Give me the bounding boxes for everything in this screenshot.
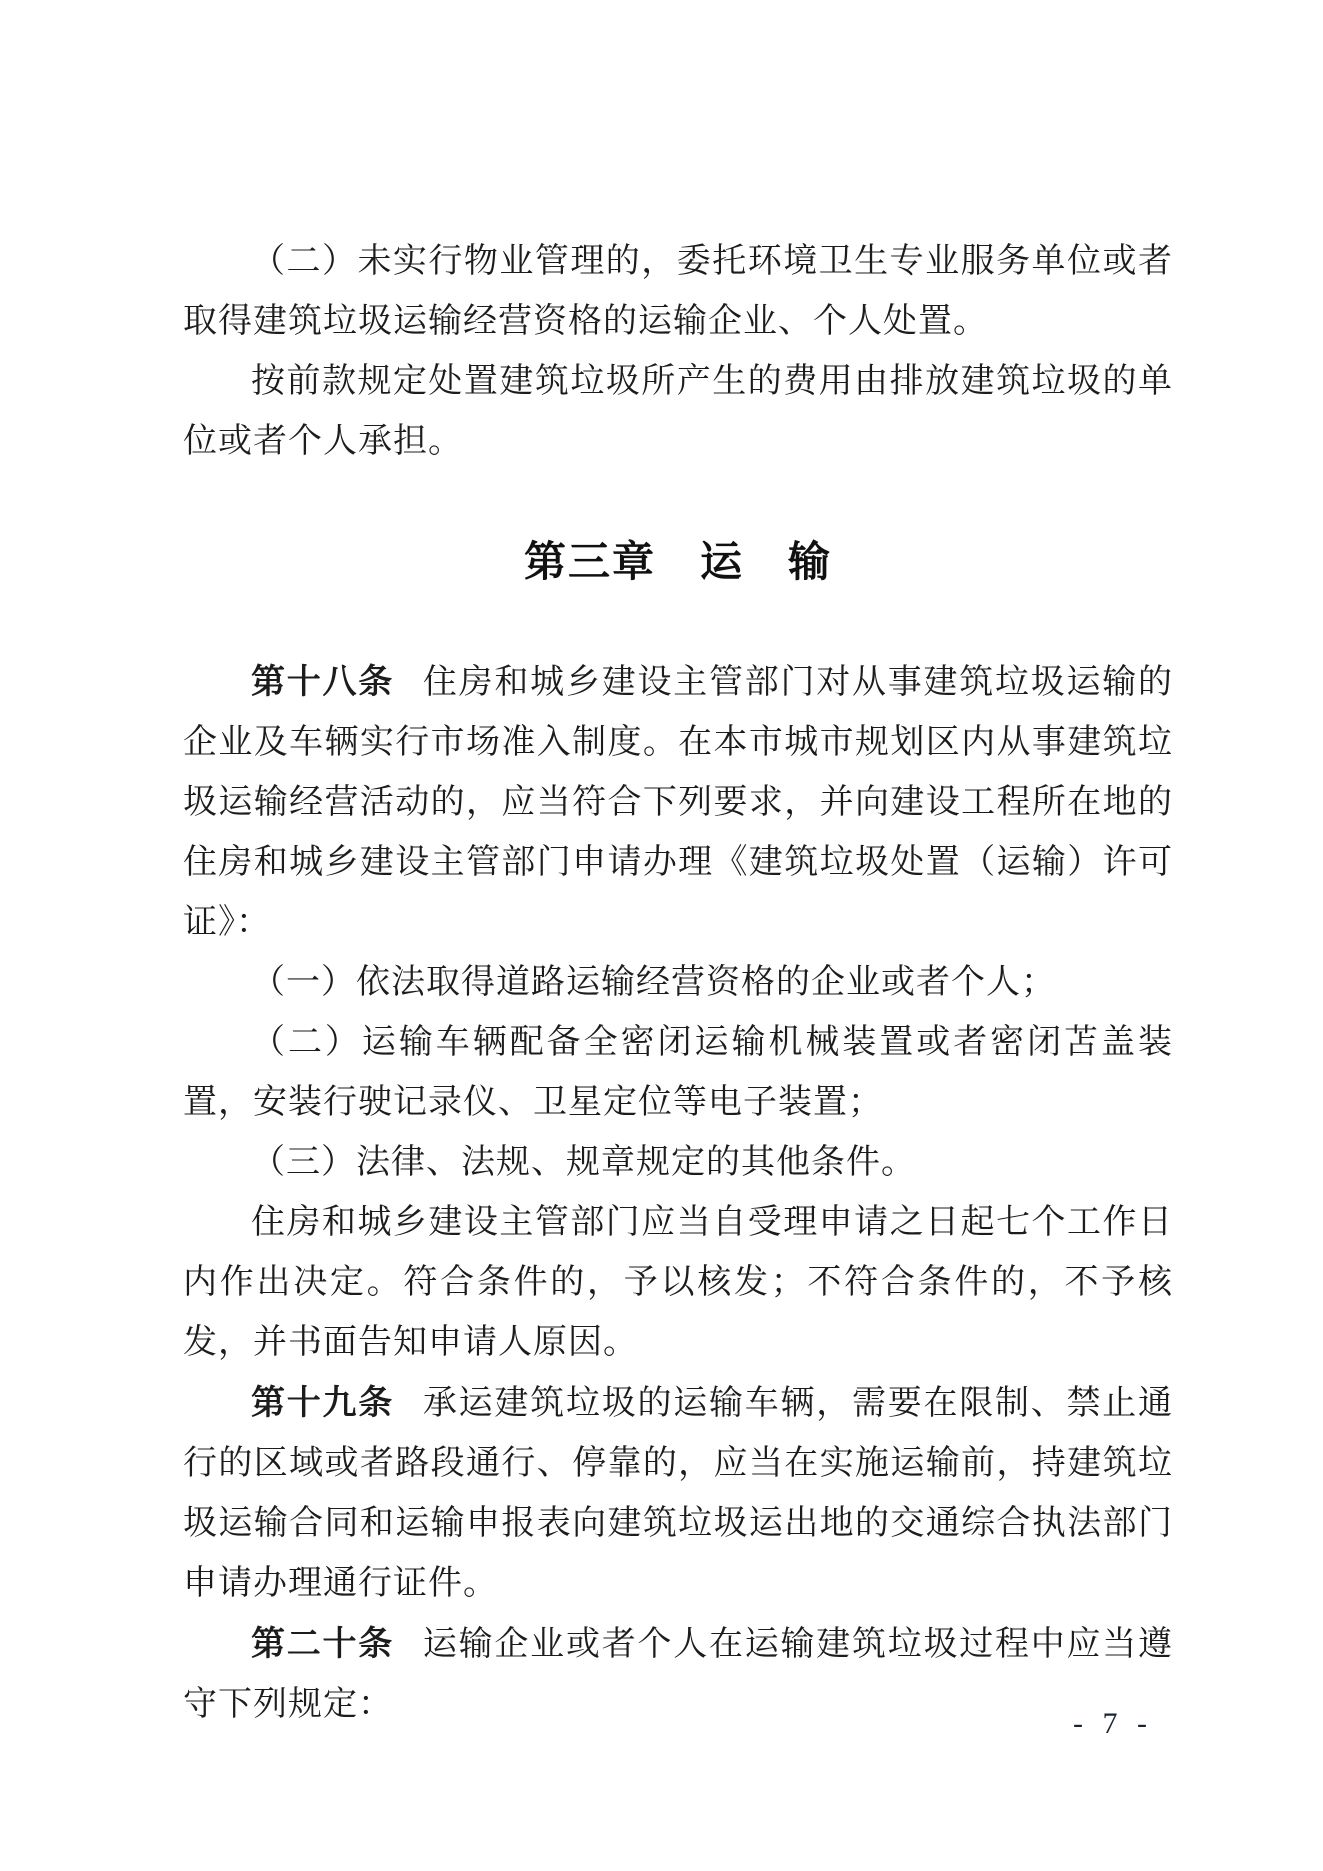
paragraph-fee-responsibility: 按前款规定处置建筑垃圾所产生的费用由排放建筑垃圾的单位或者个人承担。 xyxy=(183,352,1173,472)
document-body: （二）未实行物业管理的，委托环境卫生专业服务单位或者取得建筑垃圾运输经营资格的运… xyxy=(183,232,1173,1735)
article-20-paragraph: 第二十条运输企业或者个人在运输建筑垃圾过程中应当遵守下列规定： xyxy=(183,1614,1173,1735)
page-number: - 7 - xyxy=(1058,1703,1168,1745)
paragraph-approval-decision: 住房和城乡建设主管部门应当自受理申请之日起七个工作日内作出决定。符合条件的，予以… xyxy=(183,1193,1173,1373)
chapter-heading: 第三章 运 输 xyxy=(183,532,1173,592)
article-20-number: 第二十条 xyxy=(251,1625,394,1663)
article-18-number: 第十八条 xyxy=(251,663,394,701)
article-18-item-1: （一）依法取得道路运输经营资格的企业或者个人； xyxy=(183,953,1173,1013)
document-page: （二）未实行物业管理的，委托环境卫生专业服务单位或者取得建筑垃圾运输经营资格的运… xyxy=(0,0,1323,1871)
article-18-paragraph: 第十八条住房和城乡建设主管部门对从事建筑垃圾运输的企业及车辆实行市场准入制度。在… xyxy=(183,652,1173,953)
article-18-item-3: （三）法律、法规、规章规定的其他条件。 xyxy=(183,1133,1173,1193)
article-19-paragraph: 第十九条承运建筑垃圾的运输车辆，需要在限制、禁止通行的区域或者路段通行、停靠的，… xyxy=(183,1373,1173,1614)
article-18-text: 住房和城乡建设主管部门对从事建筑垃圾运输的企业及车辆实行市场准入制度。在本市城市… xyxy=(183,664,1173,941)
article-18-item-2: （二）运输车辆配备全密闭运输机械装置或者密闭苫盖装置，安装行驶记录仪、卫星定位等… xyxy=(183,1013,1173,1133)
article-19-number: 第十九条 xyxy=(251,1384,394,1422)
paragraph-item-2-unmanaged-property: （二）未实行物业管理的，委托环境卫生专业服务单位或者取得建筑垃圾运输经营资格的运… xyxy=(183,232,1173,352)
